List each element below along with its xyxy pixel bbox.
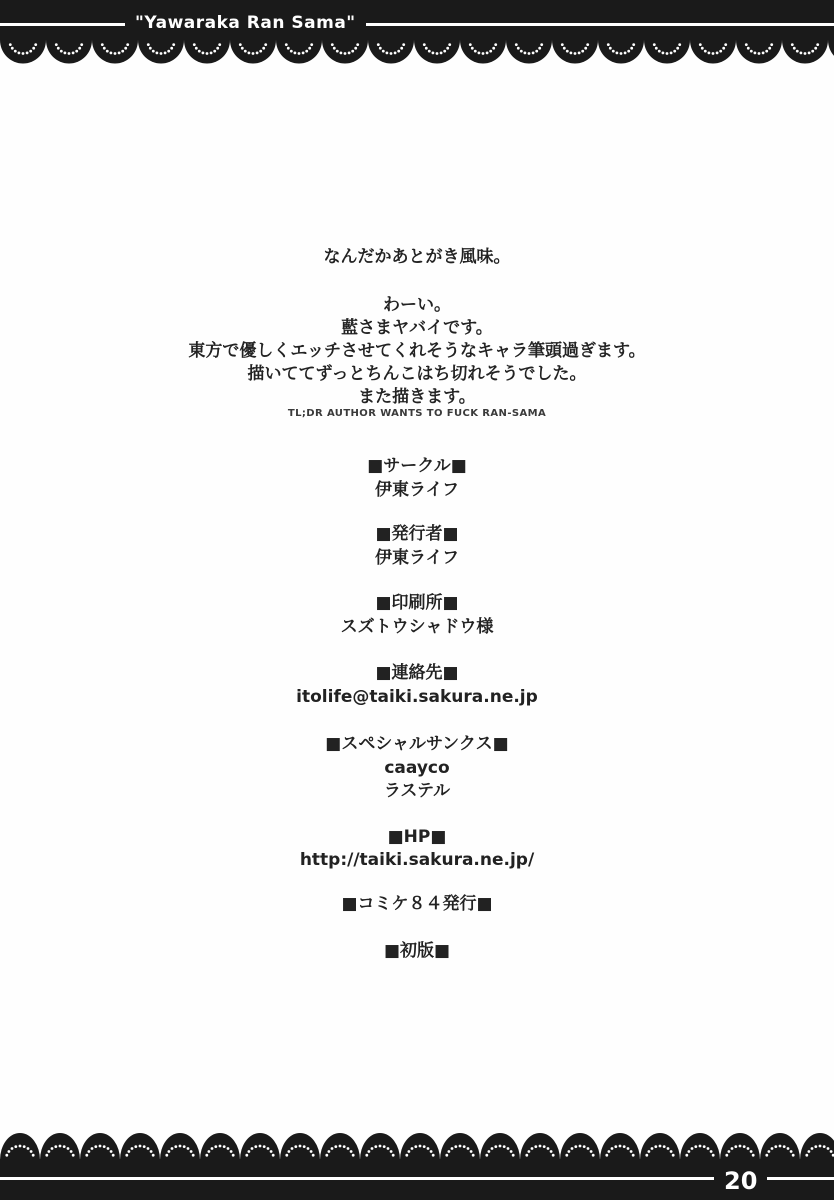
afterword-heading: なんだかあとがき風味。 (16, 247, 818, 267)
afterword-line: わーい。 (16, 295, 818, 315)
credit-label-special-thanks: ■スペシャルサンクス■ (16, 734, 818, 754)
credit-value-contact-email: itolife@taiki.sakura.ne.jp (16, 687, 818, 707)
credit-label-comiket: ■コミケ８４発行■ (16, 894, 818, 914)
credit-label-first-edition: ■初版■ (16, 941, 818, 961)
credit-label-printer: ■印刷所■ (16, 593, 818, 613)
afterword-line: 藍さまヤバイです。 (16, 318, 818, 338)
afterword-line: 描いててずっとちんこはち切れそうでした。 (16, 364, 818, 384)
credit-value-homepage-url: http://taiki.sakura.ne.jp/ (16, 850, 818, 870)
doujinshi-afterword-page: "Yawaraka Ran Sama" なんだかあとがき風味。 わーい。 藍さま… (0, 0, 834, 1200)
page-number: 20 (714, 1166, 767, 1197)
credit-value-special-thanks: ラステル (16, 781, 818, 801)
credit-value-printer: スズトウシャドウ様 (16, 617, 818, 637)
credit-label-publisher: ■発行者■ (16, 524, 818, 544)
page-title: "Yawaraka Ran Sama" (125, 11, 366, 36)
credit-label-contact: ■連絡先■ (16, 663, 818, 683)
credit-label-homepage: ■HP■ (16, 827, 818, 847)
credit-value-publisher: 伊東ライフ (16, 548, 818, 568)
afterword-line: 東方で優しくエッチさせてくれそうなキャラ筆頭過ぎます。 (16, 341, 818, 361)
bottom-lace-border (0, 1133, 834, 1200)
translator-note: TL;DR AUTHOR WANTS TO FUCK RAN-SAMA (16, 404, 818, 424)
credit-value-special-thanks: caayco (16, 758, 818, 778)
credit-label-circle: ■サークル■ (16, 456, 818, 476)
credit-value-circle: 伊東ライフ (16, 480, 818, 500)
footer-rule (0, 1177, 834, 1180)
